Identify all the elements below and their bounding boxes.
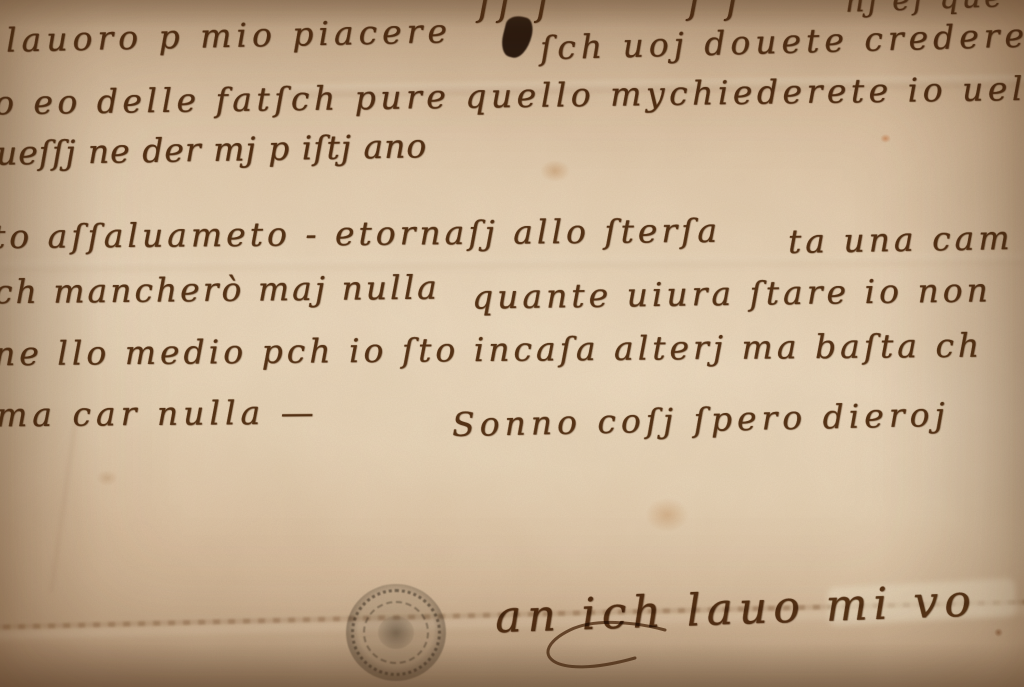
signature: an ich lauo mi vo [494,576,977,644]
ink-speck [994,628,1003,637]
top-edge-shadow [0,0,1024,28]
handwriting-line-6: ne llo medio pch io ſto incaſa alterj ma… [0,326,983,374]
handwriting-line-7-left: ma car nulla — [0,393,319,435]
handwriting-line-4-left: to aſſaluameto - etornaſj allo ſterſa [0,211,721,256]
handwriting-line-4-right: ta una cam [788,218,1014,261]
handwriting-line-5-left: ch mancherò maj nulla [0,268,440,312]
bottom-edge-shadow [0,643,1024,687]
paper-stain [96,470,118,486]
paper-stain [540,160,570,182]
handwriting-line-5-right: quante uiura ſtare io non [472,270,992,316]
paper-stain [880,134,891,143]
handwriting-line-2: o eo delle fatſch pure quello mychiedere… [0,69,1024,123]
paper-stain [645,498,689,532]
handwriting-line-3: ueſſj ne der mj p iſtj ano [0,126,428,173]
fold-crease-vertical [50,419,77,593]
handwriting-line-7-right: Sonno coſj ſpero dieroj [452,395,950,444]
manuscript-photo: ſſ ſ ſ ſ nj eſ que lauoro p mio piacere … [0,0,1024,687]
